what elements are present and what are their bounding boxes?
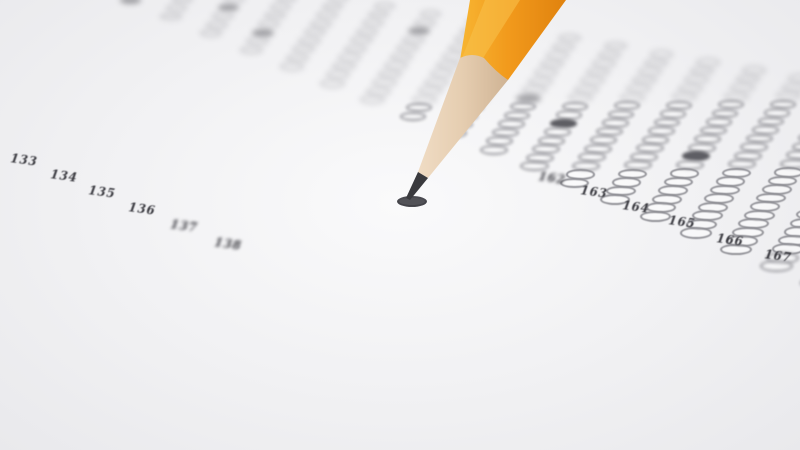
answer-bubble: [240, 46, 263, 54]
answer-bubble: [696, 58, 720, 67]
answer-bubble: [368, 11, 389, 19]
answer-bubble: [246, 37, 269, 45]
answer-bubble: [396, 44, 419, 52]
answer-bubble: [322, 3, 343, 11]
answer-bubble: [378, 70, 402, 79]
answer-bubble: [586, 68, 610, 77]
answer-bubble: [558, 34, 581, 42]
answer-bubble: [280, 62, 304, 71]
answer-bubble: [356, 28, 378, 36]
answer-bubble: [506, 35, 529, 43]
answer-bubble: [320, 79, 345, 88]
answer-bubble: [552, 43, 575, 51]
answer-bubble: [172, 0, 193, 3]
answer-bubble: [718, 100, 744, 109]
answer-bubble: [730, 83, 755, 92]
answer-bubble: [488, 60, 512, 69]
answer-bubble: [476, 77, 501, 86]
answer-bubble: [252, 29, 274, 37]
answer-bubble: [776, 91, 800, 100]
answer-bubble: [372, 78, 397, 87]
answer-bubble: [568, 93, 593, 102]
answer-bubble: [316, 11, 338, 19]
answer-bubble: [258, 20, 280, 28]
answer-bubble: [684, 75, 709, 84]
answer-bubble: [510, 102, 536, 111]
answer-bubble: [304, 28, 326, 36]
answer-bubble: [644, 59, 668, 68]
answer-bubble: [374, 2, 395, 10]
answer-sheet-photo: 133 134 135 136 137 138 162 163 164 165 …: [0, 0, 800, 450]
answer-bubble: [480, 145, 508, 155]
answer-bubble: [460, 27, 482, 35]
answer-bubble: [360, 95, 385, 104]
answer-bubble: [638, 67, 662, 76]
answer-bubble: [276, 0, 297, 2]
answer-bubble: [592, 59, 616, 68]
answer-bubble: [440, 128, 467, 138]
answer-bubble: [332, 62, 356, 71]
answer-bubble: [540, 60, 564, 69]
answer-bubble: [546, 51, 569, 60]
answer-bubble: [442, 52, 465, 61]
answer-bubble: [742, 66, 766, 75]
answer-bubble: [454, 35, 477, 43]
answer-bubble: [430, 69, 454, 78]
answer-bubble: [270, 3, 291, 11]
answer-bubble: [690, 67, 714, 76]
answer-bubble: [598, 51, 621, 60]
answer-bubble: [206, 21, 228, 29]
answer-bubble: [328, 0, 349, 2]
answer-bubble: [626, 84, 651, 93]
answer-bubble: [326, 70, 350, 79]
answer-bubble: [788, 74, 800, 83]
answer-bubble: [350, 36, 373, 44]
answer-bubble: [534, 68, 558, 77]
answer-bubble: [212, 12, 234, 20]
answer-bubble: [464, 94, 489, 103]
answer-bubble: [338, 53, 361, 62]
answer-bubble: [494, 52, 517, 61]
answer-bubble: [286, 54, 309, 63]
answer-bubble: [400, 112, 426, 122]
answer-bubble: [224, 0, 245, 3]
answer-bubble: [418, 86, 443, 95]
answer-bubble: [672, 92, 697, 101]
answer-bubble: [512, 26, 534, 34]
answer-bubble: [218, 4, 239, 12]
answer-bubble: [500, 43, 523, 51]
answer-bubble: [160, 13, 182, 21]
answer-bubble: [466, 18, 488, 26]
answer-bubble: [580, 76, 605, 85]
answer-bubble: [166, 4, 187, 12]
answer-bubble: [310, 20, 332, 28]
answer-bubble: [264, 12, 286, 20]
answer-bubble: [604, 42, 627, 50]
answer-bubble: [298, 37, 321, 45]
answer-bubble: [614, 101, 640, 110]
answer-bubble: [384, 61, 408, 70]
answer-bubble: [420, 10, 441, 18]
answer-bubble: [390, 53, 413, 62]
answer-bubble: [408, 27, 430, 35]
answer-bubble-being-filled: [397, 196, 427, 207]
answer-bubble: [402, 36, 425, 44]
answer-bubble: [436, 61, 460, 70]
answer-bubble: [344, 45, 367, 53]
answer-bubble: [362, 19, 384, 27]
answer-bubble: [650, 50, 673, 59]
answer-bubble: [522, 85, 547, 94]
answer-bubble: [448, 44, 471, 52]
answer-bubble: [200, 29, 222, 37]
answer-bubble: [414, 19, 436, 27]
answer-bubble: [120, 0, 141, 4]
answer-bubble: [292, 45, 315, 53]
answer-bubble: [482, 69, 506, 78]
